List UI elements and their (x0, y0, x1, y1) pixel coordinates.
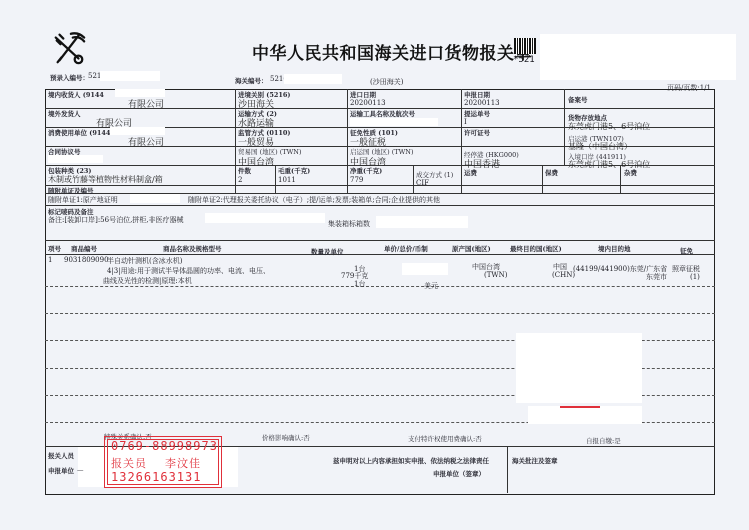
col-origin: 原产国(地区) (452, 244, 491, 253)
col-levy: 征免 (680, 246, 693, 255)
redaction (100, 71, 160, 81)
royalty: 支付特许权使用费确认:否 (408, 434, 482, 443)
col-qty: 数量及单位 (311, 247, 344, 256)
col-item-no: 项号 (48, 244, 61, 253)
customs-declaration-form: 中华人民共和国海关进口货物报关单 *521 预录入编号： 521 海关编号： 5… (0, 0, 749, 530)
customs-remark: 海关批注及签章 (512, 456, 558, 465)
consumer-label: 消费使用单位 (9144C (48, 128, 116, 137)
goods-name: 半自动针测机(含冰水机) (107, 256, 182, 266)
origin-code: (TWN) (484, 271, 507, 279)
docs-value-1: 随附单证1:原产地证明 (48, 195, 118, 205)
deal-mode-label: 成交方式 (1) (416, 170, 453, 179)
currency: 美元 (424, 281, 438, 291)
record-no-label: 备案号 (568, 95, 588, 104)
barcode (514, 38, 536, 54)
hs-code: 9031809090 (64, 256, 109, 264)
stamp-mobile: 13266163131 (111, 470, 201, 484)
redaction (48, 155, 103, 163)
item-no: 1 (48, 256, 52, 264)
stamp-phone: 0769-88998973 (111, 439, 218, 453)
consignee-value: 有限公司 (128, 97, 164, 110)
import-date-value: 20200113 (350, 99, 386, 107)
docs-label: 随附单证及编号 (48, 186, 94, 195)
pieces-value: 2 (238, 176, 242, 184)
redaction (284, 74, 342, 84)
redaction (115, 89, 165, 97)
col-domestic-dest: 境内目的地 (598, 244, 631, 253)
vessel-label: 运输工具名称及航次号 (350, 109, 415, 118)
seal-fragment (560, 400, 600, 408)
gross-weight-label: 毛重(千克) (278, 166, 310, 175)
docs-value-2: 随附单证2:代理报关委托协议（电子）;提/运单;发票;装箱单;合同;企业提供的其… (188, 195, 440, 205)
col-name: 商品名称及规格型号 (163, 244, 222, 253)
package-type-value: 木制或竹藤等植物性材料制盒/箱 (48, 174, 163, 185)
form-title: 中华人民共和国海关进口货物报关单 (252, 39, 532, 64)
destination-code: (CHN) (552, 271, 575, 279)
consignor-label: 境外发货人 (48, 109, 81, 118)
qty-3: 1台 (354, 279, 365, 289)
license-label: 许可证号 (464, 128, 490, 137)
goods-spec-2: 曲线及光性的检测|原理:本机 (103, 276, 192, 286)
declare-date-label: 申报日期 (464, 90, 490, 99)
customs-no-label: 海关编号： (235, 76, 268, 85)
net-weight-label: 净重(千克) (350, 166, 382, 175)
declaring-unit-label: 申报单位 (48, 466, 74, 475)
freight-label: 运费 (464, 168, 477, 177)
net-weight-value: 779 (350, 176, 363, 184)
redaction (350, 118, 438, 126)
insurance-label: 保费 (545, 168, 558, 177)
customs-emblem-icon (50, 30, 88, 66)
redaction (130, 194, 180, 203)
gross-weight-value: 1011 (278, 176, 296, 184)
redaction (110, 127, 165, 135)
declaring-unit-value: — (77, 466, 84, 474)
declare-date-value: 20200113 (464, 99, 500, 107)
customs-office: (沙田海关) (370, 77, 403, 87)
misc-label: 杂费 (624, 168, 637, 177)
pieces-label: 件数 (238, 166, 251, 175)
declarant-label: 报关人员 (48, 451, 74, 460)
deal-mode-value: CIF (416, 179, 429, 187)
barcode-text: *521 (513, 55, 535, 65)
domestic-dest-2: 东莞市 (646, 272, 667, 282)
redaction (528, 406, 642, 424)
col-hs-code: 商品编号 (71, 244, 97, 253)
col-price: 单价/总价/币制 (384, 244, 428, 253)
import-date-label: 进口日期 (350, 90, 376, 99)
redaction (402, 263, 448, 275)
levy-2: (1) (690, 273, 700, 281)
redaction (205, 213, 325, 223)
departure-port-value: 基隆（中国台湾） (568, 141, 632, 152)
redaction (540, 34, 736, 80)
marks-value: 备注:[装卸口岸]:56号泊位,拼柜,非医疗器械 (48, 215, 184, 225)
entry-port-value: 东莞虎门港5、6号泊位 (568, 159, 650, 170)
declaration-statement: 兹申明对以上内容承担如实申报、依法纳税之法律责任 (333, 456, 489, 465)
container-label: 集装箱标箱数 (328, 219, 370, 229)
col-destination: 最终目的国(地区) (510, 244, 562, 253)
declarant-stamp: 0769-88998973 报关员 李汶佳 13266163131 (104, 436, 222, 488)
bill-no-label: 提运单号 (464, 109, 490, 118)
consignee-label: 境内收货人 (9144 (48, 90, 104, 99)
redaction (516, 333, 642, 403)
consumer-value: 有限公司 (128, 135, 164, 148)
self-report: 自报自缴:是 (586, 436, 621, 445)
price-influence: 价格影响确认:否 (262, 433, 310, 442)
goods-spec-1: 4|3|用途:用于测试半导体晶圆的功率、电流、电压、 (107, 266, 270, 276)
storage-value: 东莞虎门港5、6号泊位 (568, 121, 650, 132)
redaction (376, 216, 468, 228)
bill-no-value: I (464, 118, 467, 126)
declaring-seal: 申报单位（签章） (433, 469, 485, 478)
pre-entry-label: 预录入编号： (50, 73, 89, 82)
stamp-role: 报关员 李汶佳 (111, 455, 201, 471)
